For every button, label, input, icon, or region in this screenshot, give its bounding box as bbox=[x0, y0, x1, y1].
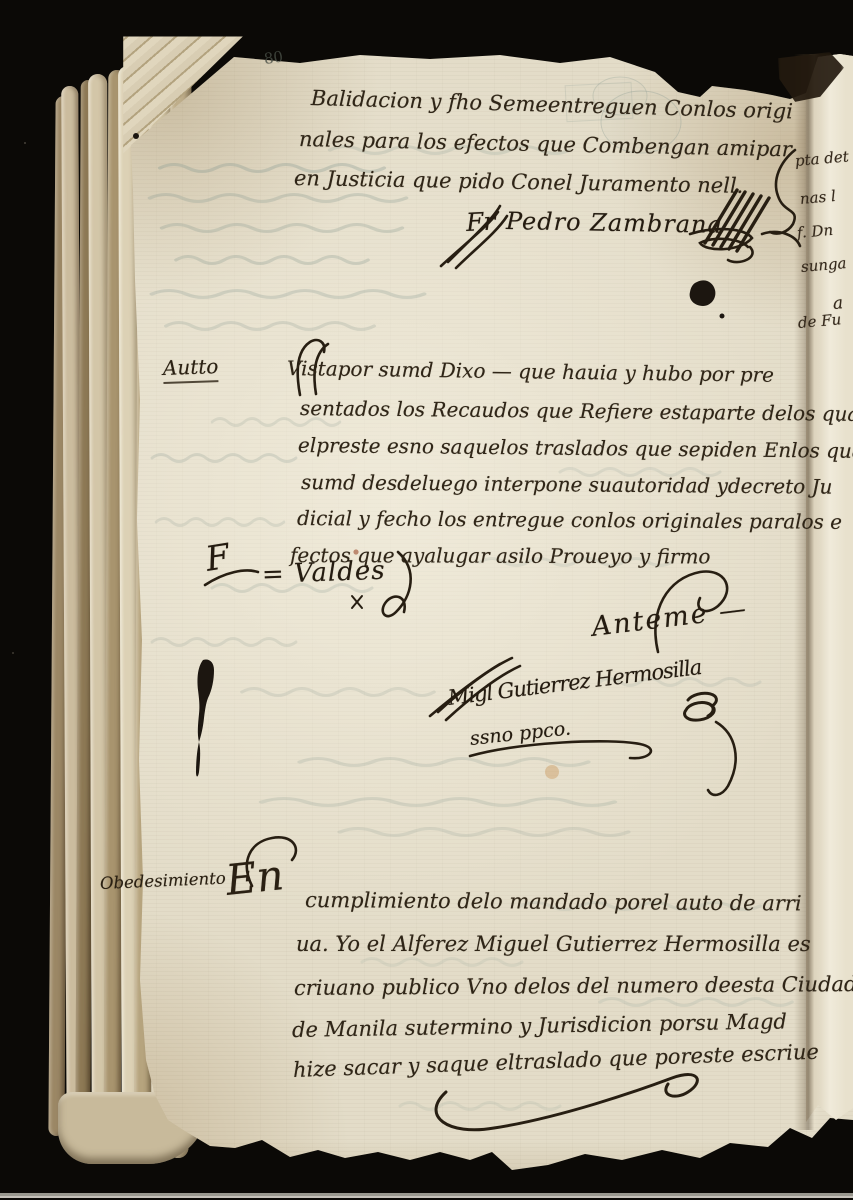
adjacent-fragment: de Fu bbox=[797, 310, 842, 332]
obedecimiento-line: ua. Yo el Alferez Miguel Gutierrez Hermo… bbox=[296, 932, 811, 956]
obedecimiento-line: criuano publico Vno delos del numero dee… bbox=[294, 972, 853, 1000]
folio-number-bleed: 80 bbox=[263, 47, 284, 67]
signature-valdes: = Valdes bbox=[261, 556, 386, 590]
dust-speck bbox=[838, 420, 840, 422]
dust-speck bbox=[12, 652, 14, 654]
signature-pedro-zambrana: Pedro Zambrana bbox=[506, 207, 723, 239]
adjacent-fragment: nas l bbox=[799, 187, 836, 208]
signature-title: Fr bbox=[465, 206, 496, 236]
auto-line: dicial y fecho los entregue conlos origi… bbox=[297, 506, 842, 534]
dust-speck bbox=[24, 142, 26, 144]
adjacent-fragment: f. Dn bbox=[796, 221, 834, 242]
auto-line: sumd desdeluego interpone suautoridad yd… bbox=[301, 470, 833, 499]
paragraph-initial: En bbox=[223, 850, 286, 905]
margin-note-auto: Autto bbox=[163, 354, 219, 384]
obedecimiento-line: cumplimiento delo mandado porel auto de … bbox=[305, 888, 802, 915]
scan-edge-strip bbox=[0, 1196, 853, 1198]
manuscript-scan: 80 Balidacion y fho Semeentreguen Conlos… bbox=[0, 0, 853, 1200]
